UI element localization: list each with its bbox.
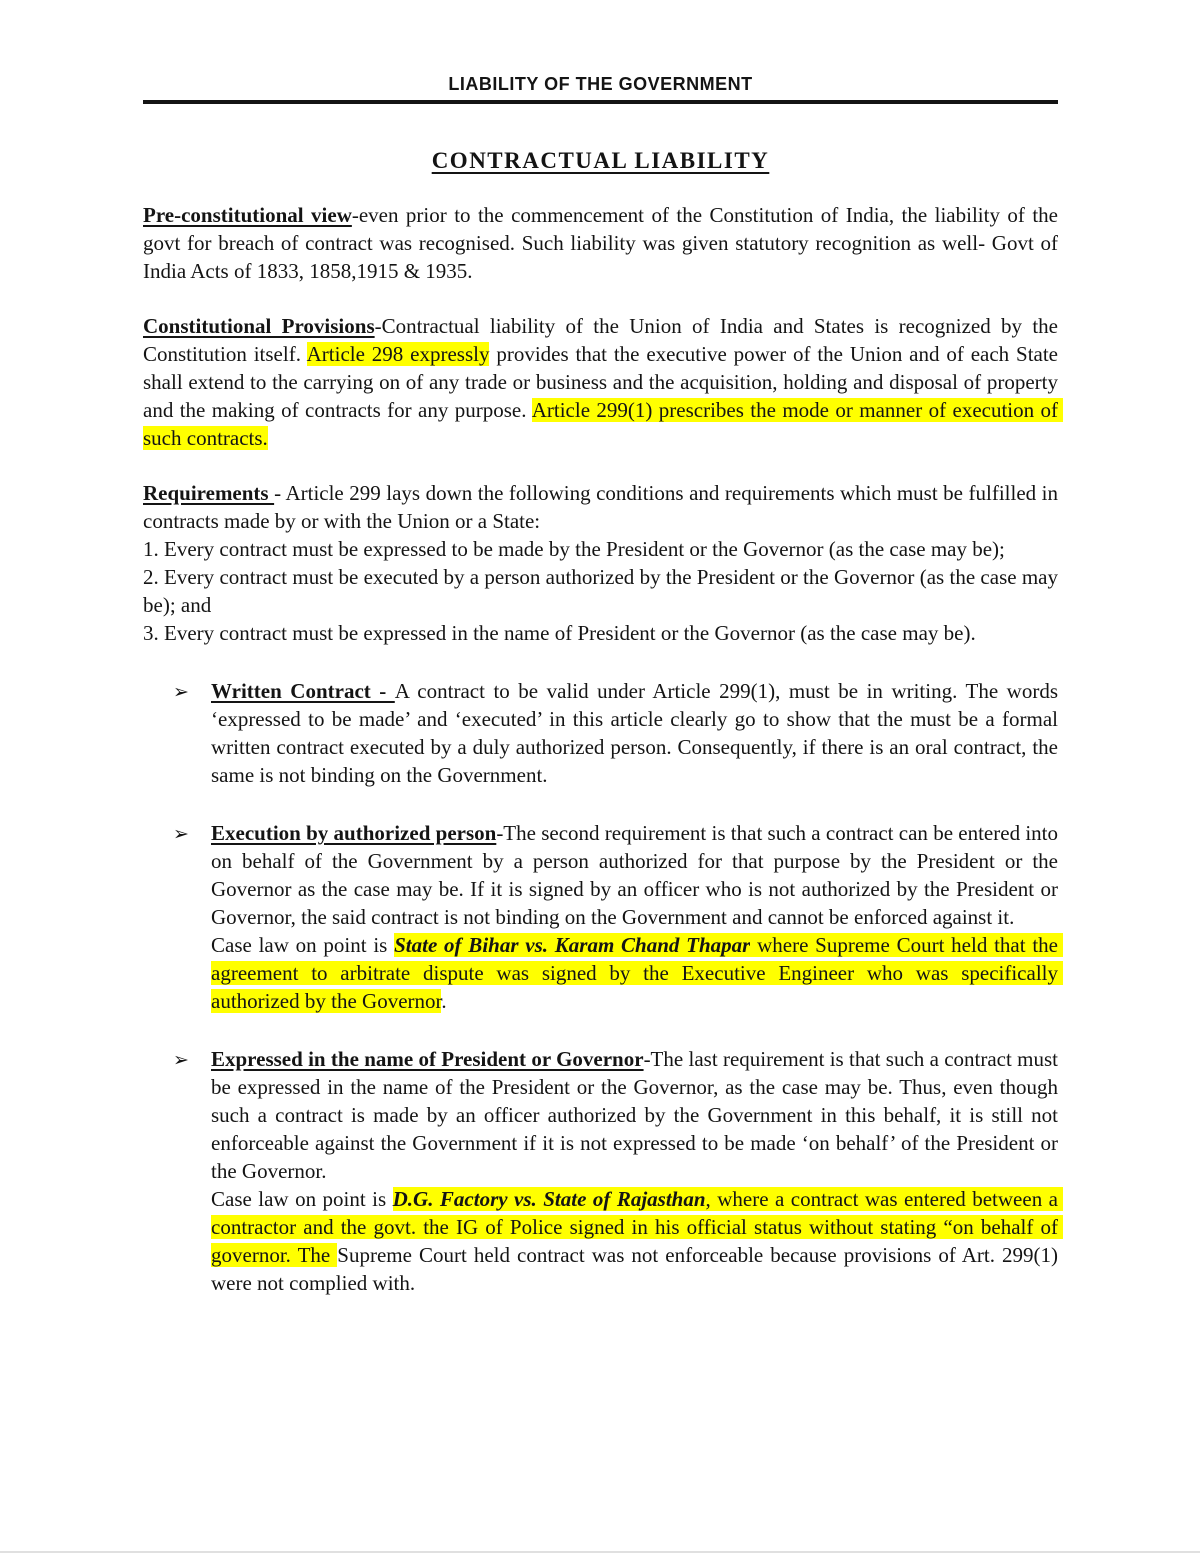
- text-run: .: [441, 989, 446, 1013]
- text-run: - Article 299 lays down the following co…: [143, 481, 1063, 645]
- bullet-text-written-contract: Written Contract - A contract to be vali…: [211, 679, 1063, 787]
- arrow-bullet-icon: ➢: [173, 820, 189, 848]
- bullet-item-written-contract: ➢ Written Contract - A contract to be va…: [143, 677, 1058, 789]
- bullet-list: ➢ Written Contract - A contract to be va…: [143, 677, 1058, 1297]
- paragraph-requirements: Requirements - Article 299 lays down the…: [143, 479, 1058, 647]
- arrow-bullet-icon: ➢: [173, 1046, 189, 1074]
- bullet-item-expressed-in-name: ➢ Expressed in the name of President or …: [143, 1045, 1058, 1297]
- page-title: CONTRACTUAL LIABILITY: [143, 148, 1058, 174]
- arrow-bullet-icon: ➢: [173, 678, 189, 706]
- running-header: LIABILITY OF THE GOVERNMENT: [143, 74, 1058, 95]
- paragraph-pre-constitutional-view: Pre-constitutional view-even prior to th…: [143, 201, 1058, 285]
- text-run: Requirements: [143, 481, 274, 505]
- highlighted-text: State of Bihar vs. Karam Chand Thapar: [394, 933, 750, 957]
- highlighted-text: D.G. Factory vs. State of Rajasthan: [393, 1187, 706, 1211]
- text-run: Pre-constitutional view: [143, 203, 352, 227]
- text-run: Execution by authorized person: [211, 821, 496, 845]
- document-page: LIABILITY OF THE GOVERNMENT CONTRACTUAL …: [0, 0, 1200, 1553]
- text-run: Supreme Court held contract was not enfo…: [211, 1243, 1063, 1295]
- highlighted-text: Article 298 expressly: [307, 342, 490, 366]
- header-rule: [143, 100, 1058, 104]
- text-run: Written Contract -: [211, 679, 395, 703]
- bullet-text-execution-by-authorized-person: Execution by authorized person-The secon…: [211, 821, 1063, 1013]
- paragraph-constitutional-provisions: Constitutional Provisions-Contractual li…: [143, 312, 1058, 452]
- text-run: Constitutional Provisions: [143, 314, 375, 338]
- bullet-text-expressed-in-name: Expressed in the name of President or Go…: [211, 1047, 1063, 1295]
- bullet-item-execution-by-authorized-person: ➢ Execution by authorized person-The sec…: [143, 819, 1058, 1015]
- text-run: Expressed in the name of President or Go…: [211, 1047, 644, 1071]
